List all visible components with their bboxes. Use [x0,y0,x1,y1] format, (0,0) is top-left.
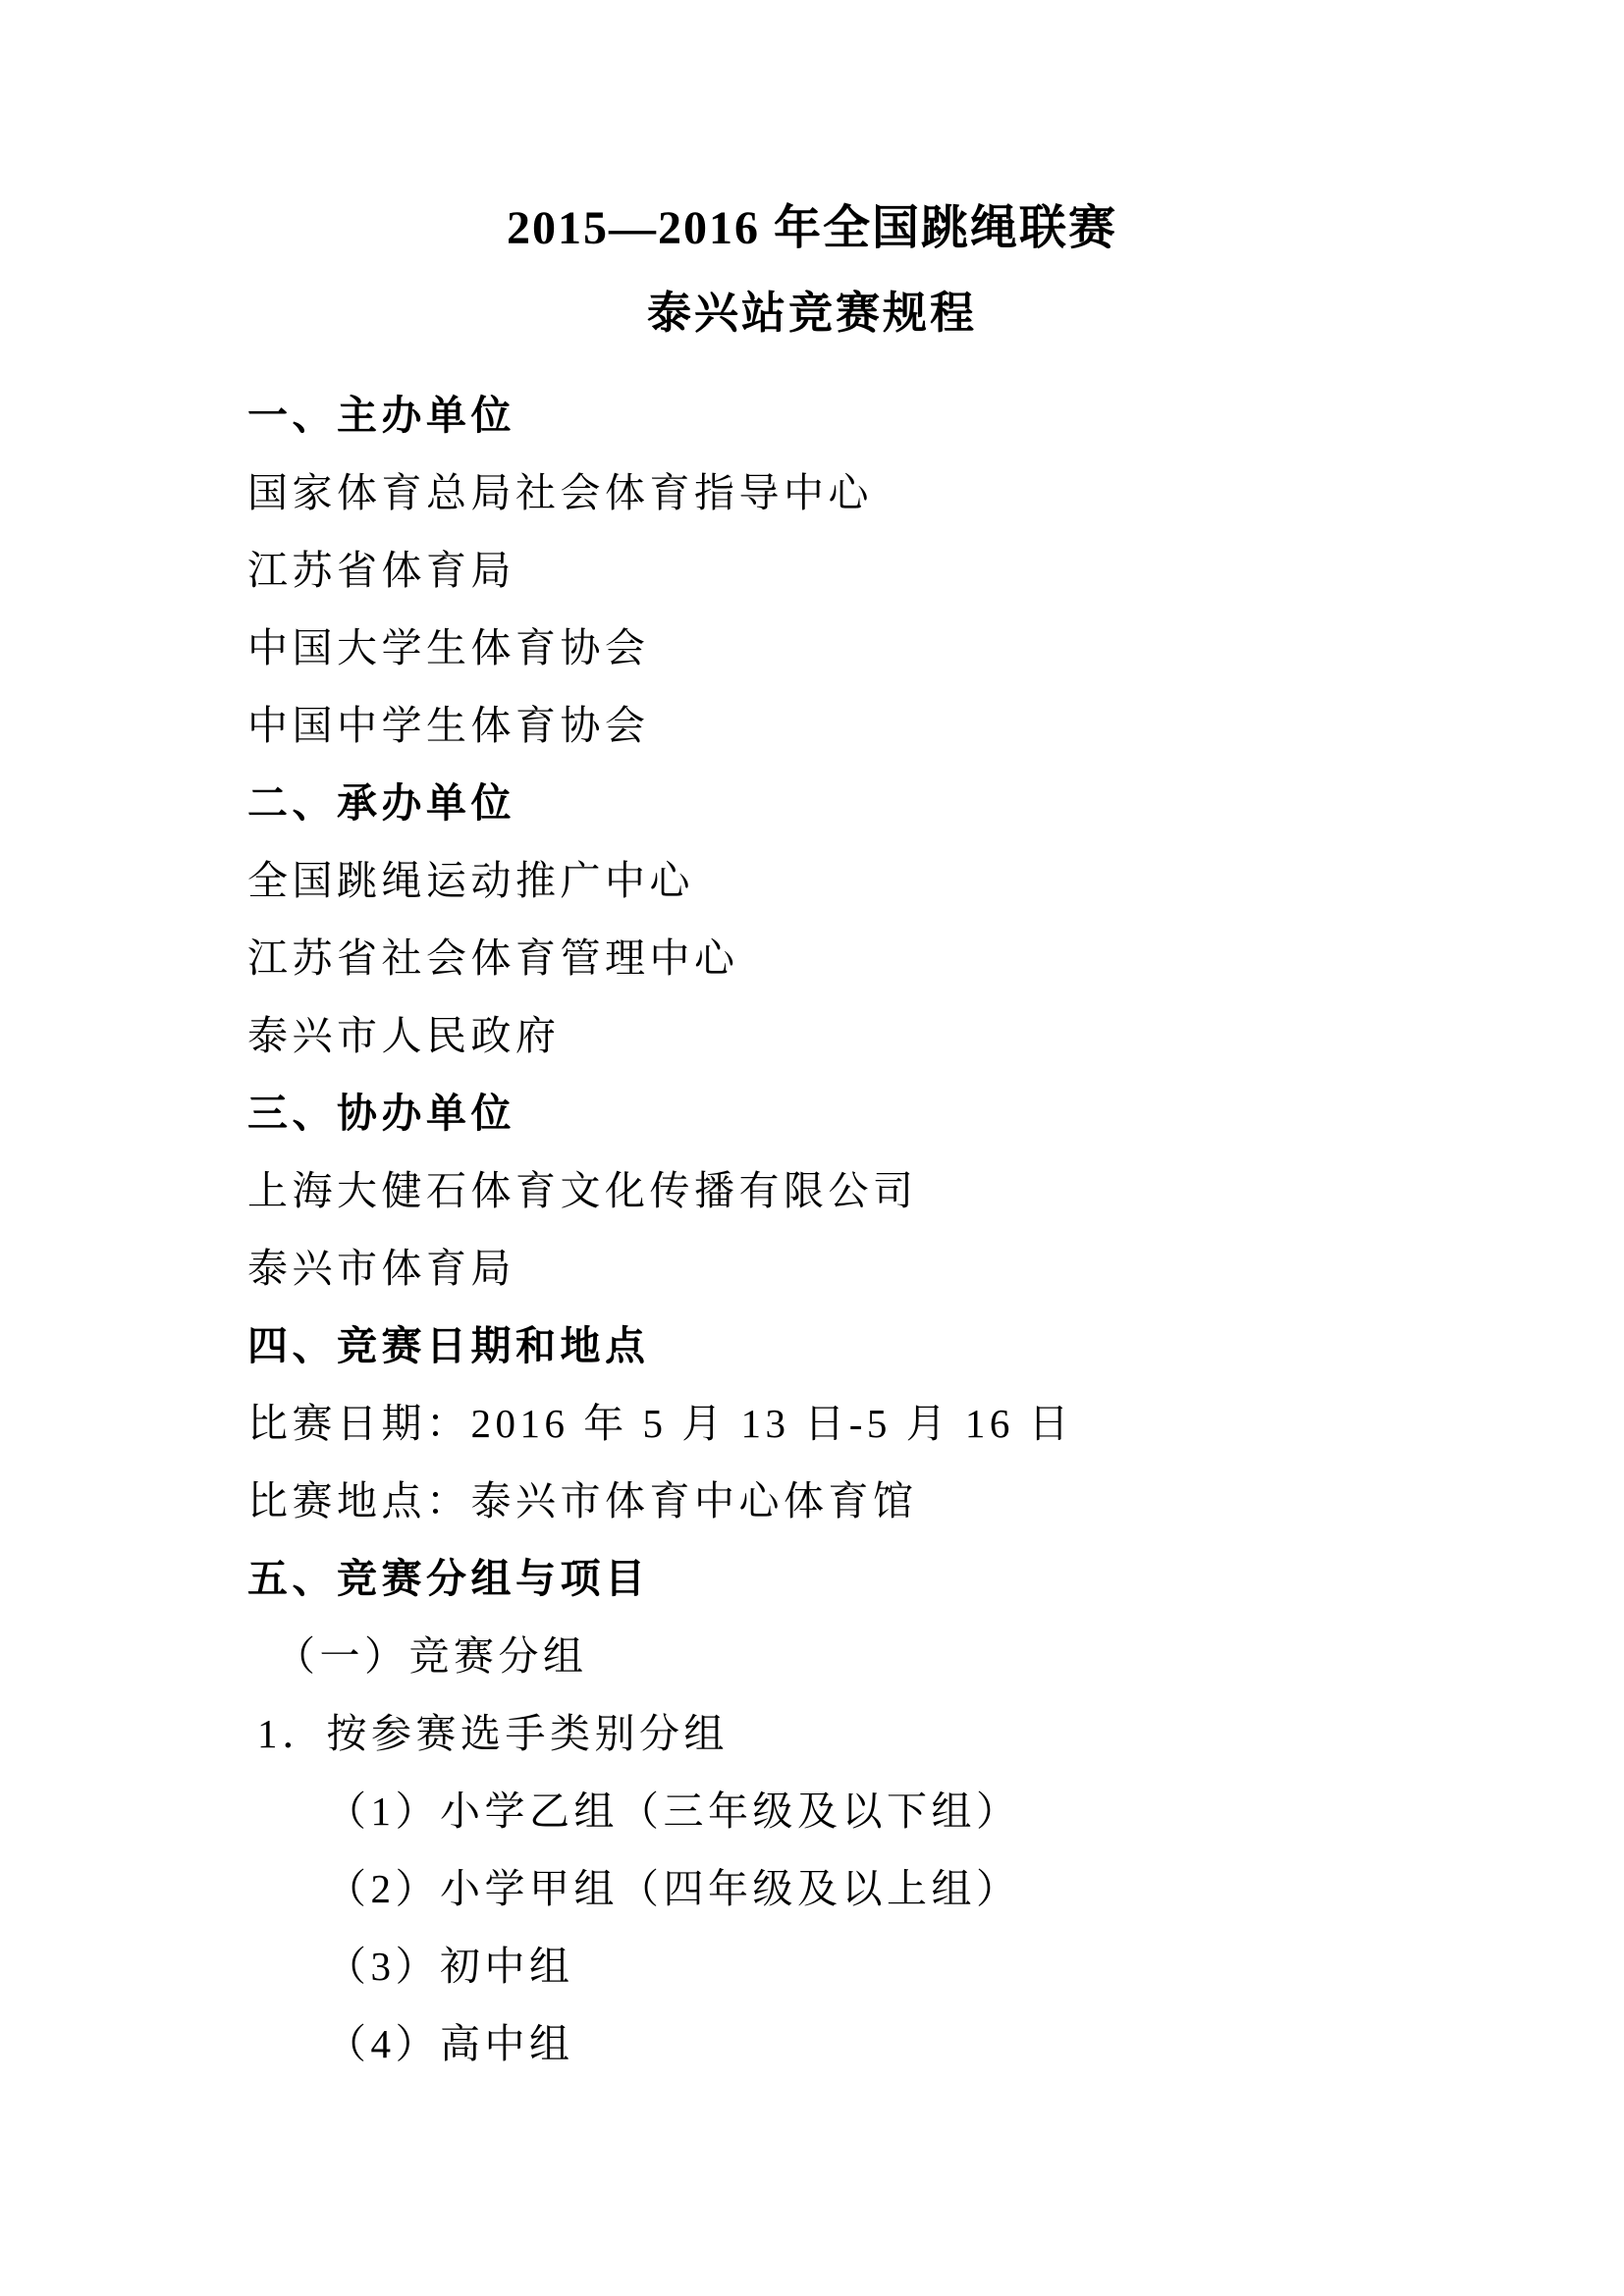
document-subtitle: 泰兴站竞赛规程 [0,271,1624,355]
grouping-criteria-label: 1．按参赛选手类别分组 [247,1695,1428,1773]
group-item: （3）初中组 [247,1928,1428,2005]
host-org-line: 中国大学生体育协会 [247,610,1428,687]
group-item: （4）高中组 [247,2005,1428,2083]
document-page: 2015—2016 年全国跳绳联赛 泰兴站竞赛规程 一、主办单位 国家体育总局社… [0,0,1624,2296]
group-item: （1）小学乙组（三年级及以下组） [247,1773,1428,1850]
competition-date-line: 比赛日期：2016 年 5 月 13 日-5 月 16 日 [247,1385,1428,1463]
document-body: 一、主办单位 国家体育总局社会体育指导中心 江苏省体育局 中国大学生体育协会 中… [0,377,1624,2083]
co-organizer-org-line: 泰兴市体育局 [247,1230,1428,1308]
organizer-org-line: 全国跳绳运动推广中心 [247,842,1428,920]
host-org-line: 中国中学生体育协会 [247,687,1428,765]
co-organizer-org-line: 上海大健石体育文化传播有限公司 [247,1152,1428,1230]
document-title: 2015—2016 年全国跳绳联赛 [0,187,1624,271]
section-3-heading: 三、协办单位 [247,1075,1428,1152]
section-1-heading: 一、主办单位 [247,377,1428,454]
grouping-subsection-label: （一）竞赛分组 [247,1618,1428,1695]
host-org-line: 国家体育总局社会体育指导中心 [247,454,1428,532]
section-5-heading: 五、竞赛分组与项目 [247,1540,1428,1618]
group-item: （2）小学甲组（四年级及以上组） [247,1850,1428,1928]
section-2-heading: 二、承办单位 [247,765,1428,842]
host-org-line: 江苏省体育局 [247,532,1428,610]
competition-venue-line: 比赛地点：泰兴市体育中心体育馆 [247,1463,1428,1540]
organizer-org-line: 江苏省社会体育管理中心 [247,920,1428,997]
section-4-heading: 四、竞赛日期和地点 [247,1308,1428,1385]
organizer-org-line: 泰兴市人民政府 [247,997,1428,1075]
